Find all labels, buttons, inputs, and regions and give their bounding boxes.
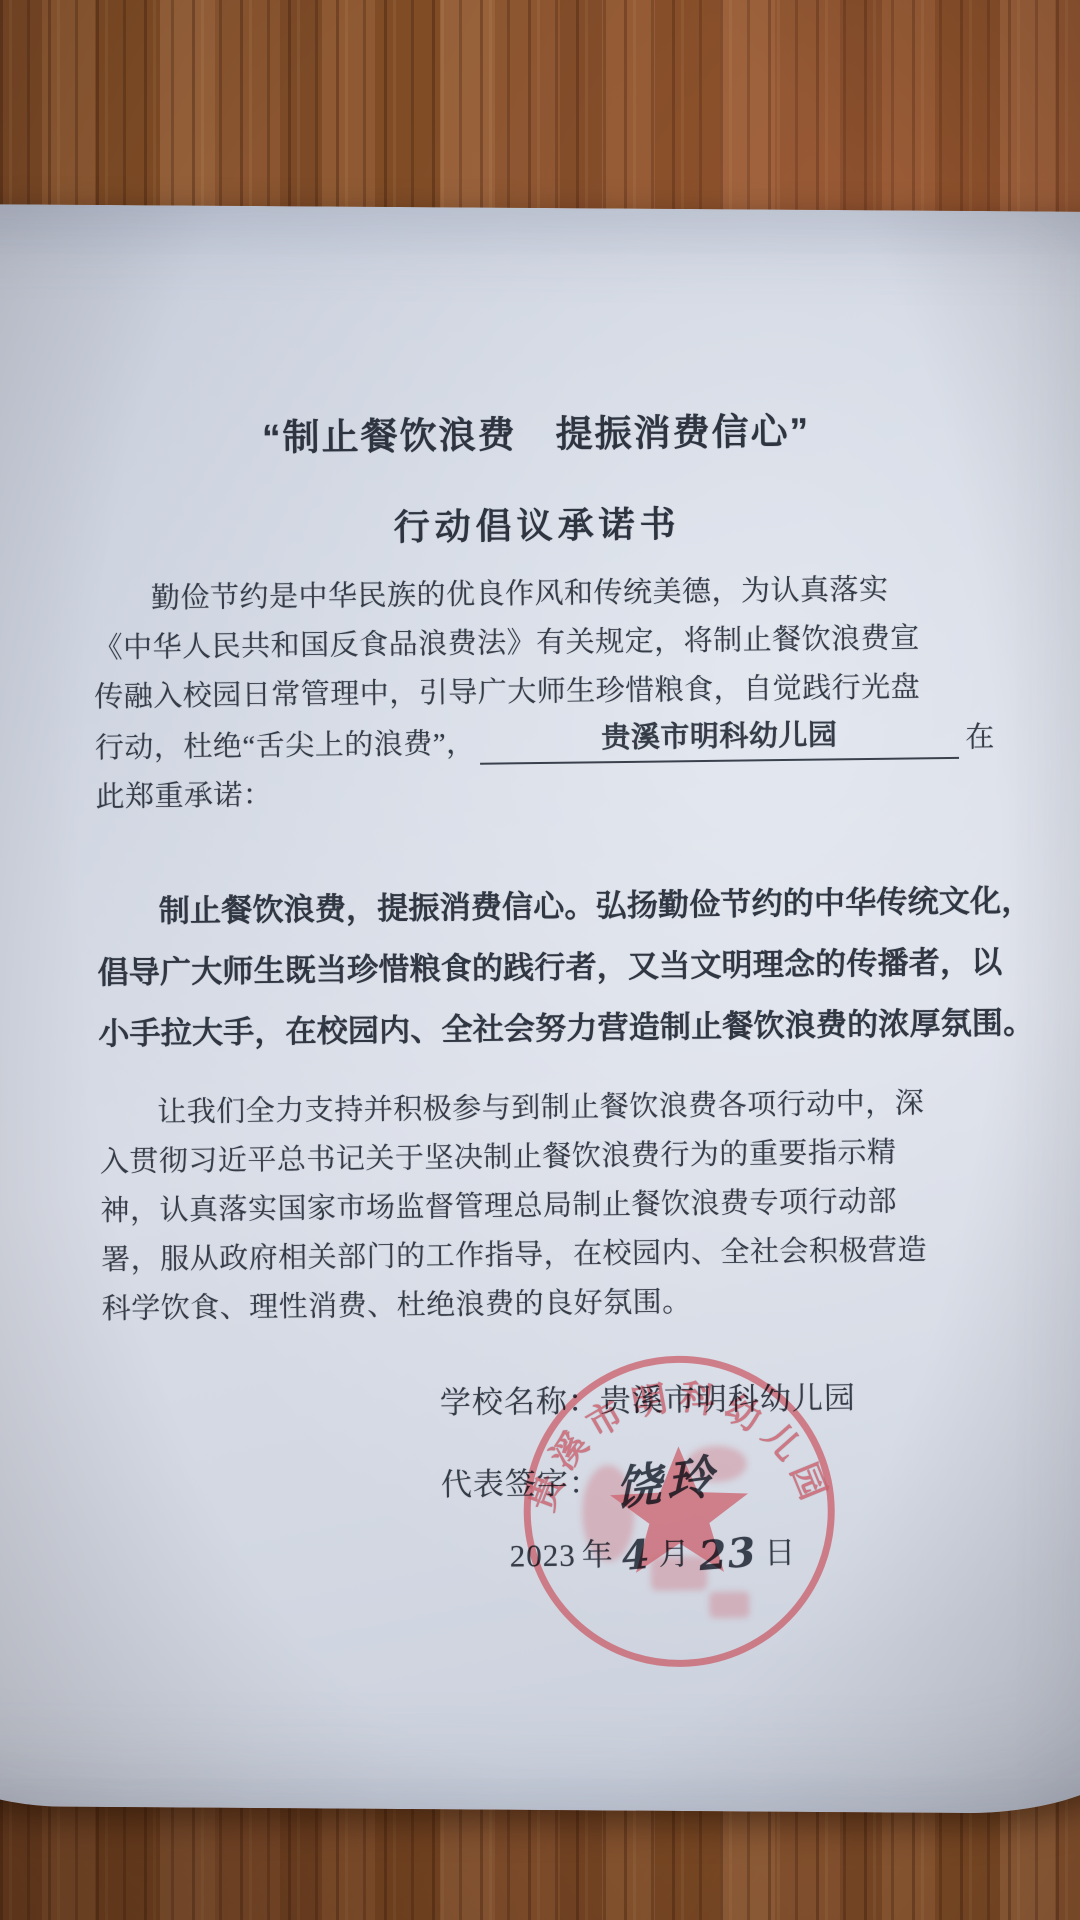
- text-line: 科学饮食、理性消费、杜绝浪费的良好氛围。: [101, 1274, 1002, 1334]
- official-seal-stamp: 贵溪市明科幼儿园: [510, 1342, 848, 1680]
- school-name-blank: 贵溪市明科幼儿园: [479, 712, 959, 765]
- blank-line-prefix: 行动，杜绝“舌尖上的浪费”，: [95, 720, 476, 774]
- photo-background: “制止餐饮浪费 提振消费信心” 行动倡议承诺书 勤俭节约是中华民族的优良作风和传…: [0, 0, 1080, 1920]
- text-line: 倡导广大师生既当珍惜粮食的践行者，又当文明理念的传播者，以: [97, 931, 998, 1003]
- paragraph-intro: 勤俭节约是中华民族的优良作风和传统美德，为认真落实 《中华人民共和国反食品浪费法…: [93, 564, 996, 822]
- document-subtitle: 行动倡议承诺书: [0, 491, 1077, 555]
- document-paper: “制止餐饮浪费 提振消费信心” 行动倡议承诺书 勤俭节约是中华民族的优良作风和传…: [0, 204, 1080, 1814]
- text-line: 小手拉大手，在校园内、全社会努力营造制止餐饮浪费的浓厚氛围。: [98, 992, 999, 1064]
- document-title: “制止餐饮浪费 提振消费信心”: [0, 397, 1076, 464]
- text-line: 制止餐饮浪费，提振消费信心。弘扬勤俭节约的中华传统文化，: [96, 870, 997, 942]
- blank-line-suffix: 在: [965, 713, 995, 762]
- document-content: “制止餐饮浪费 提振消费信心” 行动倡议承诺书 勤俭节约是中华民族的优良作风和传…: [0, 201, 1080, 1816]
- text-line: 此郑重承诺：: [95, 762, 996, 822]
- paragraph-action: 让我们全力支持并积极参与到制止餐饮浪费各项行动中，深 入贯彻习近平总书记关于坚决…: [99, 1078, 1002, 1334]
- paragraph-pledge-bold: 制止餐饮浪费，提振消费信心。弘扬勤俭节约的中华传统文化， 倡导广大师生既当珍惜粮…: [96, 870, 998, 1064]
